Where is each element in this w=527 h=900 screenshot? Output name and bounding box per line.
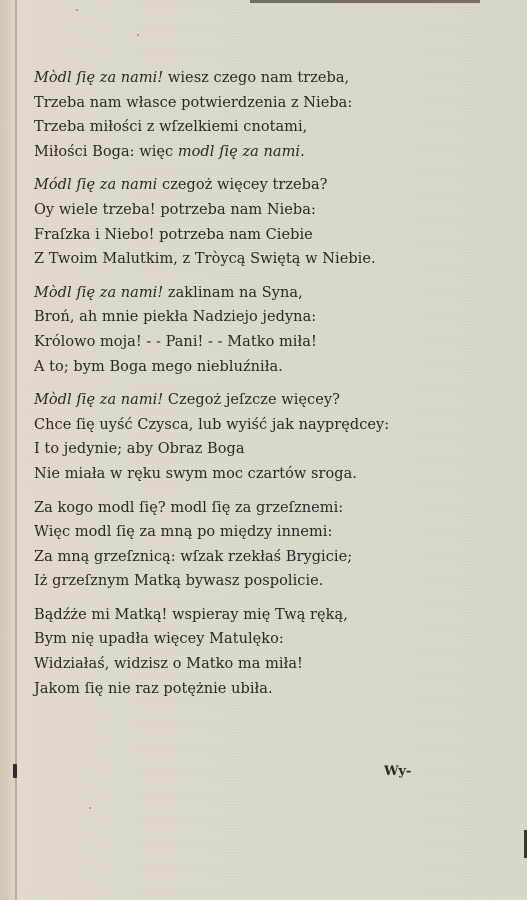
verse-text: Iż grzeſznym Matką bywasz pospolicie. [34, 573, 323, 589]
margin-ink-mark [13, 764, 17, 778]
stanza-5: Za kogo modl ſię? modl ſię za grzeſznemi… [34, 496, 484, 594]
verse-text: Nie miała w ręku swym moc czartów sroga. [34, 466, 357, 482]
verse-text: Chce ſię uyść Czysca, lub wyiść jak nayp… [34, 417, 389, 433]
verse-line: Nie miała w ręku swym moc czartów sroga. [34, 462, 484, 487]
italic-invocation: modl ſię za nami. [178, 144, 305, 160]
verse-text: Fraſzka i Niebo! potrzeba nam Ciebie [34, 227, 313, 243]
verse-line: Za kogo modl ſię? modl ſię za grzeſznemi… [34, 496, 484, 521]
verse-text: Więc modl ſię za mną po między innemi: [34, 524, 332, 540]
verse-text: Królowo moja! - - Pani! - - Matko miła! [34, 334, 317, 350]
verse-text: Oy wiele trzeba! potrzeba nam Nieba: [34, 202, 316, 218]
stanza-4: Mòdl ſię za nami! Czegoż jeſzcze więcey?… [34, 388, 484, 486]
verse-line: Fraſzka i Niebo! potrzeba nam Ciebie [34, 223, 484, 248]
verse-line: Bądźże mi Matką! wspieray mię Twą ręką, [34, 603, 484, 628]
verse-line: Oy wiele trzeba! potrzeba nam Nieba: [34, 198, 484, 223]
verse-text: Jakom ſię nie raz potężnie ubiła. [34, 681, 273, 697]
verse-text: Bym nię upadła więcey Matulęko: [34, 631, 284, 647]
verse-text: Za kogo modl ſię? modl ſię za grzeſznemi… [34, 500, 343, 516]
verse-text: zaklinam na Syna, [163, 285, 303, 301]
verse-text: Za mną grzeſznicą: wſzak rzekłaś Brygici… [34, 549, 352, 565]
stanza-6: Bądźże mi Matką! wspieray mię Twą ręką, … [34, 603, 484, 701]
verse-text: Widziałaś, widzisz o Matko ma miła! [34, 656, 303, 672]
verse-line: Trzeba miłości z wſzelkiemi cnotami, [34, 115, 484, 140]
stanza-3: Mòdl ſię za nami! zaklinam na Syna, Broń… [34, 281, 484, 379]
verse-text: czegoż więcey trzeba? [157, 177, 327, 193]
italic-invocation: Mòdl ſię za nami! [34, 70, 163, 86]
italic-invocation: Módl ſię za nami [34, 177, 157, 193]
paper-speck [76, 9, 78, 11]
verse-line: Trzeba nam własce potwierdzenia z Nieba: [34, 91, 484, 116]
verse-line: Z Twoim Malutkim, z Tròycą Swiętą w Nieb… [34, 247, 484, 272]
verse-line: Módl ſię za nami czegoż więcey trzeba? [34, 173, 484, 198]
paper-speck [137, 34, 139, 36]
verse-line: Królowo moja! - - Pani! - - Matko miła! [34, 330, 484, 355]
verse-line: Mòdl ſię za nami! Czegoż jeſzcze więcey? [34, 388, 484, 413]
verse-line: A to; bym Boga mego niebluźniła. [34, 355, 484, 380]
verse-line: Widziałaś, widzisz o Matko ma miła! [34, 652, 484, 677]
verse-text: Broń, ah mnie piekła Nadziejo jedyna: [34, 309, 316, 325]
verse-line: Iż grzeſznym Matką bywasz pospolicie. [34, 569, 484, 594]
verse-text: Bądźże mi Matką! wspieray mię Twą ręką, [34, 607, 348, 623]
verse-text: I to jedynie; aby Obraz Boga [34, 441, 245, 457]
italic-invocation: Mòdl ſię za nami! [34, 392, 163, 408]
scanned-page: Mòdl ſię za nami! wiesz czego nam trzeba… [0, 0, 527, 900]
verse-line: Bym nię upadła więcey Matulęko: [34, 627, 484, 652]
catchword: Wy- [384, 764, 411, 779]
stanza-1: Mòdl ſię za nami! wiesz czego nam trzeba… [34, 66, 484, 164]
verse-text: Z Twoim Malutkim, z Tròycą Swiętą w Nieb… [34, 251, 376, 267]
verse-line: Jakom ſię nie raz potężnie ubiła. [34, 677, 484, 702]
verse-text: A to; bym Boga mego niebluźniła. [34, 359, 283, 375]
paper-speck [89, 807, 91, 809]
stanza-2: Módl ſię za nami czegoż więcey trzeba? O… [34, 173, 484, 271]
poem-text: Mòdl ſię za nami! wiesz czego nam trzeba… [34, 66, 484, 710]
italic-invocation: Mòdl ſię za nami! [34, 285, 163, 301]
verse-text: Trzeba nam własce potwierdzenia z Nieba: [34, 95, 352, 111]
verse-text: Miłości Boga: więc [34, 144, 178, 160]
verse-line: Chce ſię uyść Czysca, lub wyiść jak nayp… [34, 413, 484, 438]
verse-text: Czegoż jeſzcze więcey? [163, 392, 340, 408]
verse-text: Trzeba miłości z wſzelkiemi cnotami, [34, 119, 307, 135]
verse-line: Miłości Boga: więc modl ſię za nami. [34, 140, 484, 165]
top-edge-shadow [250, 0, 480, 3]
verse-line: Za mną grzeſznicą: wſzak rzekłaś Brygici… [34, 545, 484, 570]
verse-line: I to jedynie; aby Obraz Boga [34, 437, 484, 462]
verse-line: Broń, ah mnie piekła Nadziejo jedyna: [34, 305, 484, 330]
verse-text: wiesz czego nam trzeba, [163, 70, 349, 86]
verse-line: Mòdl ſię za nami! zaklinam na Syna, [34, 281, 484, 306]
verse-line: Mòdl ſię za nami! wiesz czego nam trzeba… [34, 66, 484, 91]
verse-line: Więc modl ſię za mną po między innemi: [34, 520, 484, 545]
